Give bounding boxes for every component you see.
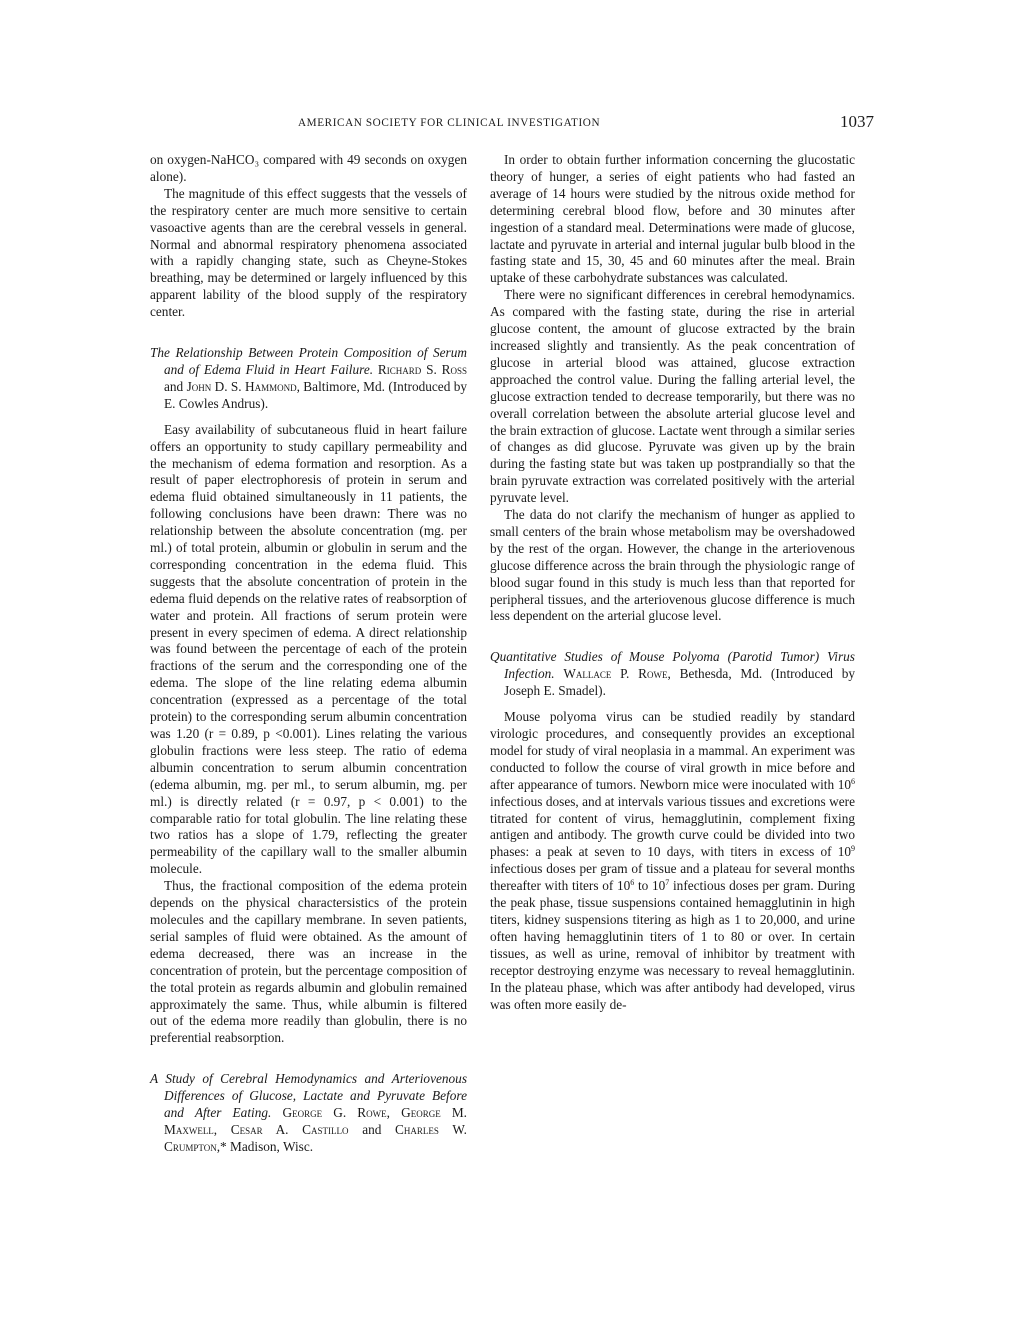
body-paragraph: The data do not clarify the mechanism of…	[490, 507, 855, 625]
text-run: Mouse polyoma virus can be studied readi…	[490, 709, 855, 792]
text-run: infectious doses per gram. During the pe…	[490, 878, 855, 1011]
author-name: Richard S. Ross	[378, 362, 467, 377]
page-number: 1037	[840, 112, 874, 132]
author-name: John D. S. Hammond,	[187, 379, 300, 394]
body-paragraph: There were no significant differences in…	[490, 287, 855, 507]
article-heading-mouse-polyoma: Quantitative Studies of Mouse Polyoma (P…	[490, 649, 855, 700]
page-header: AMERICAN SOCIETY FOR CLINICAL INVESTIGAT…	[150, 115, 860, 135]
body-paragraph: Thus, the fractional composition of the …	[150, 878, 467, 1047]
author-conjunction: and	[362, 1122, 381, 1137]
author-location: Madison, Wisc.	[230, 1139, 313, 1154]
exponent: 9	[851, 844, 855, 853]
exponent: 6	[851, 777, 855, 786]
article-heading-cerebral-hemodynamics: A Study of Cerebral Hemodynamics and Art…	[150, 1071, 467, 1156]
text-run: infectious doses, and at intervals vario…	[490, 794, 855, 860]
continuation-paragraph: The magnitude of this effect suggests th…	[150, 186, 467, 321]
article-heading-protein-edema: The Relationship Between Protein Composi…	[150, 345, 467, 413]
continuation-paragraph: on oxygen-NaHCO₃ compared with 49 second…	[150, 152, 467, 186]
body-paragraph: Mouse polyoma virus can be studied readi…	[490, 709, 855, 1013]
author-location: Bethesda, Md. (Introduced by Joseph E. S…	[504, 666, 855, 698]
body-paragraph: Easy availability of subcutaneous fluid …	[150, 422, 467, 878]
body-paragraph: In order to obtain further information c…	[490, 152, 855, 287]
running-head: AMERICAN SOCIETY FOR CLINICAL INVESTIGAT…	[298, 117, 600, 129]
left-column: on oxygen-NaHCO₃ compared with 49 second…	[150, 152, 467, 1156]
right-column: In order to obtain further information c…	[490, 152, 855, 1013]
author-conjunction: and	[164, 379, 183, 394]
author-name: Wallace P. Rowe,	[563, 666, 670, 681]
text-run: to 10	[634, 878, 665, 893]
